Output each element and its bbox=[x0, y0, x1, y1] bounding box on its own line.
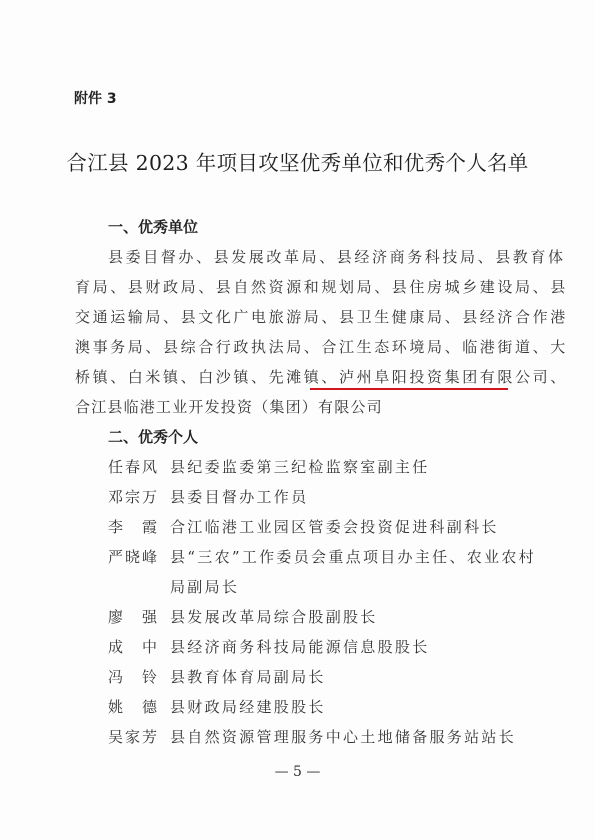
person-name: 李 霞 bbox=[108, 516, 170, 537]
units-line-6: 合江县临港工业开发投资（集团）有限公司 bbox=[75, 396, 525, 417]
section-heading-individuals: 二、优秀个人 bbox=[108, 426, 198, 447]
units-line-2: 育局、县财政局、县自然资源和规划局、县住房城乡建设局、县 bbox=[75, 276, 525, 297]
attachment-label: 附件 3 bbox=[74, 88, 117, 108]
person-role: 县经济商务科技局能源信息股股长 bbox=[170, 638, 430, 656]
person-role: 县委目督办工作员 bbox=[170, 488, 308, 506]
person-name: 廖 强 bbox=[108, 606, 170, 627]
person-name: 严晓峰 bbox=[108, 546, 170, 567]
person-role: 县自然资源管理服务中心土地储备服务站站长 bbox=[170, 728, 516, 746]
person-role: 县财政局经建股股长 bbox=[170, 698, 326, 716]
units-line-5: 桥镇、白米镇、白沙镇、先滩镇、泸州阜阳投资集团有限公司、 bbox=[75, 366, 525, 387]
units-line-1: 县委目督办、县发展改革局、县经济商务科技局、县教育体 bbox=[108, 246, 558, 267]
person-row: 李 霞合江临港工业园区管委会投资促进科副科长 bbox=[108, 516, 499, 537]
person-row: 任春风县纪委监委第三纪检监察室副主任 bbox=[108, 456, 430, 477]
person-row: 廖 强县发展改革局综合股副股长 bbox=[108, 606, 378, 627]
person-row: 吴家芳县自然资源管理服务中心土地储备服务站站长 bbox=[108, 726, 516, 747]
units-line-3: 交通运输局、县文化广电旅游局、县卫生健康局、县经济合作港 bbox=[75, 306, 525, 327]
person-role: 县“三农”工作委员会重点项目办主任、农业农村 bbox=[170, 548, 536, 566]
page-number: — 5 — bbox=[0, 764, 595, 780]
person-role: 合江临港工业园区管委会投资促进科副科长 bbox=[170, 518, 499, 536]
person-role: 县教育体育局副局长 bbox=[170, 668, 326, 686]
document-title: 合江县 2023 年项目攻坚优秀单位和优秀个人名单 bbox=[0, 146, 595, 176]
person-name: 吴家芳 bbox=[108, 726, 170, 747]
person-row: 成 中县经济商务科技局能源信息股股长 bbox=[108, 636, 430, 657]
person-name: 成 中 bbox=[108, 636, 170, 657]
person-row: 邓宗万县委目督办工作员 bbox=[108, 486, 308, 507]
person-name: 邓宗万 bbox=[108, 486, 170, 507]
person-row: 冯 铃县教育体育局副局长 bbox=[108, 666, 326, 687]
person-role-continuation: 局副局长 bbox=[170, 576, 239, 597]
person-row: 严晓峰县“三农”工作委员会重点项目办主任、农业农村 bbox=[108, 546, 536, 567]
document-page: 附件 3 合江县 2023 年项目攻坚优秀单位和优秀个人名单 一、优秀单位 县委… bbox=[0, 0, 595, 840]
person-role: 县发展改革局综合股副股长 bbox=[170, 608, 378, 626]
person-role: 县纪委监委第三纪检监察室副主任 bbox=[170, 458, 430, 476]
person-name: 冯 铃 bbox=[108, 666, 170, 687]
units-line-4: 澳事务局、县综合行政执法局、合江生态环境局、临港街道、大 bbox=[75, 336, 525, 357]
person-name: 任春风 bbox=[108, 456, 170, 477]
highlight-underline bbox=[310, 388, 508, 390]
person-row: 姚 德县财政局经建股股长 bbox=[108, 696, 326, 717]
person-name: 姚 德 bbox=[108, 696, 170, 717]
section-heading-units: 一、优秀单位 bbox=[108, 216, 198, 237]
